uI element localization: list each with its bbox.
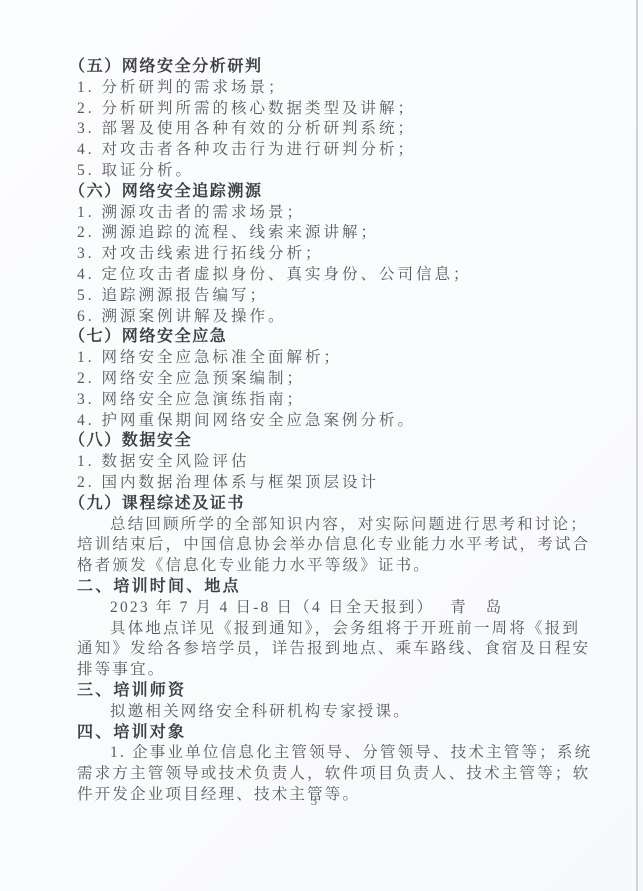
paragraph-line: 需求方主管领导或技术负责人，软件项目负责人、技术主管等；软: [77, 764, 589, 785]
paragraph-line: 拟邀相关网络安全科研机构专家授课。: [77, 702, 589, 723]
page-number: 3: [0, 794, 628, 809]
course-item: 5. 追踪溯源报告编写；: [77, 286, 589, 307]
course-item: 1. 分析研判的需求场景；: [77, 78, 589, 99]
paragraph-line: 1. 企事业单位信息化主管领导、分管领导、技术主管等；系统: [77, 743, 589, 764]
heading-time-place: 二、培训时间、地点: [77, 577, 589, 598]
course-item: 4. 定位攻击者虚拟身份、真实身份、公司信息；: [77, 265, 589, 286]
course-item: 2. 溯源追踪的流程、线索来源讲解；: [77, 223, 589, 244]
heading-audience: 四、培训对象: [77, 723, 589, 744]
training-date-line: 2023 年 7 月 4 日-8 日（4 日全天报到） 青 岛: [77, 598, 589, 619]
paragraph-line: 总结回顾所学的全部知识内容，对实际问题进行思考和讨论；: [77, 515, 589, 536]
scanned-document-page: （五）网络安全分析研判 1. 分析研判的需求场景； 2. 分析研判所需的核心数据…: [0, 0, 643, 891]
document-content: （五）网络安全分析研判 1. 分析研判的需求场景； 2. 分析研判所需的核心数据…: [77, 57, 589, 806]
course-item: 3. 对攻击线索进行拓线分析；: [77, 244, 589, 265]
course-item: 2. 国内数据治理体系与框架顶层设计: [77, 473, 589, 494]
course-item: 1. 网络安全应急标准全面解析；: [77, 348, 589, 369]
course-item: 3. 网络安全应急演练指南；: [77, 390, 589, 411]
heading-section-9: （九）课程综述及证书: [69, 494, 589, 515]
scan-edge-line: [636, 0, 638, 891]
course-item: 2. 分析研判所需的核心数据类型及讲解；: [77, 99, 589, 120]
course-item: 1. 数据安全风险评估: [77, 452, 589, 473]
course-item: 5. 取证分析。: [77, 161, 589, 182]
heading-section-5: （五）网络安全分析研判: [69, 57, 589, 78]
heading-section-7: （七）网络安全应急: [69, 327, 589, 348]
paragraph-line: 具体地点详见《报到通知》，会务组将于开班前一周将《报到: [77, 619, 589, 640]
paragraph-line: 排等事宜。: [77, 660, 589, 681]
heading-section-8: （八）数据安全: [69, 431, 589, 452]
course-item: 4. 护网重保期间网络安全应急案例分析。: [77, 411, 589, 432]
paragraph-line: 格者颁发《信息化专业能力水平等级》证书。: [77, 556, 589, 577]
course-item: 3. 部署及使用各种有效的分析研判系统；: [77, 119, 589, 140]
course-item: 4. 对攻击者各种攻击行为进行研判分析；: [77, 140, 589, 161]
paragraph-line: 培训结束后，中国信息协会举办信息化专业能力水平考试，考试合: [77, 535, 589, 556]
course-item: 6. 溯源案例讲解及操作。: [77, 307, 589, 328]
heading-faculty: 三、培训师资: [77, 681, 589, 702]
course-item: 2. 网络安全应急预案编制；: [77, 369, 589, 390]
paragraph-line: 通知》发给各参培学员，详告报到地点、乘车路线、食宿及日程安: [77, 639, 589, 660]
heading-section-6: （六）网络安全追踪溯源: [69, 182, 589, 203]
course-item: 1. 溯源攻击者的需求场景；: [77, 203, 589, 224]
